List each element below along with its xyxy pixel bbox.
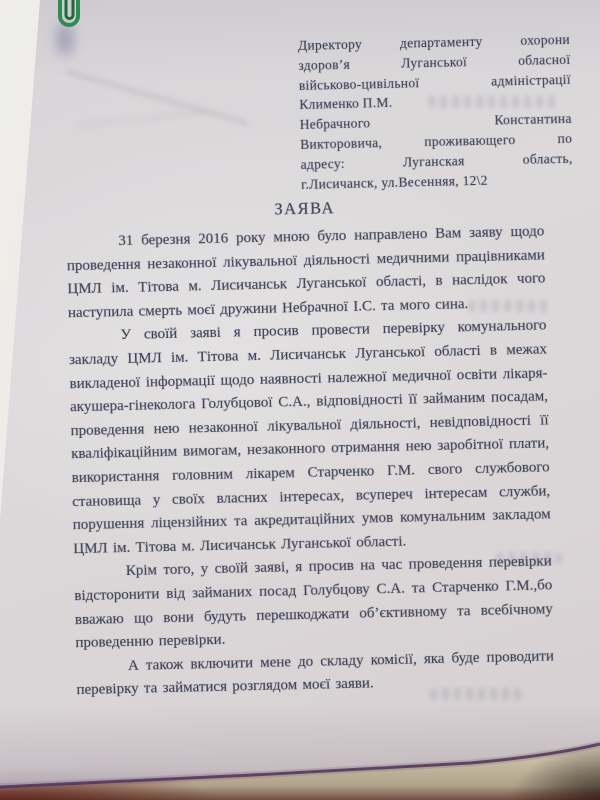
document-title: ЗАЯВА [65,193,543,224]
paragraph: У своїй заяві я просив провести перевірк… [68,315,551,562]
paragraph: А також включити мене до складу комісії,… [76,645,555,703]
recipient-block: Директору департаменту охорони здоров’я … [298,30,574,195]
document-text-layer: Директору департаменту охорони здоров’я … [0,0,600,800]
paragraph: 31 березня 2016 року мною було направлен… [66,220,546,325]
paragraph: Крім того, у своїй заяві, я просив на ча… [74,551,554,656]
photo-of-document: Директору департаменту охорони здоров’я … [0,0,600,800]
document-body: 31 березня 2016 року мною було направлен… [66,220,555,703]
